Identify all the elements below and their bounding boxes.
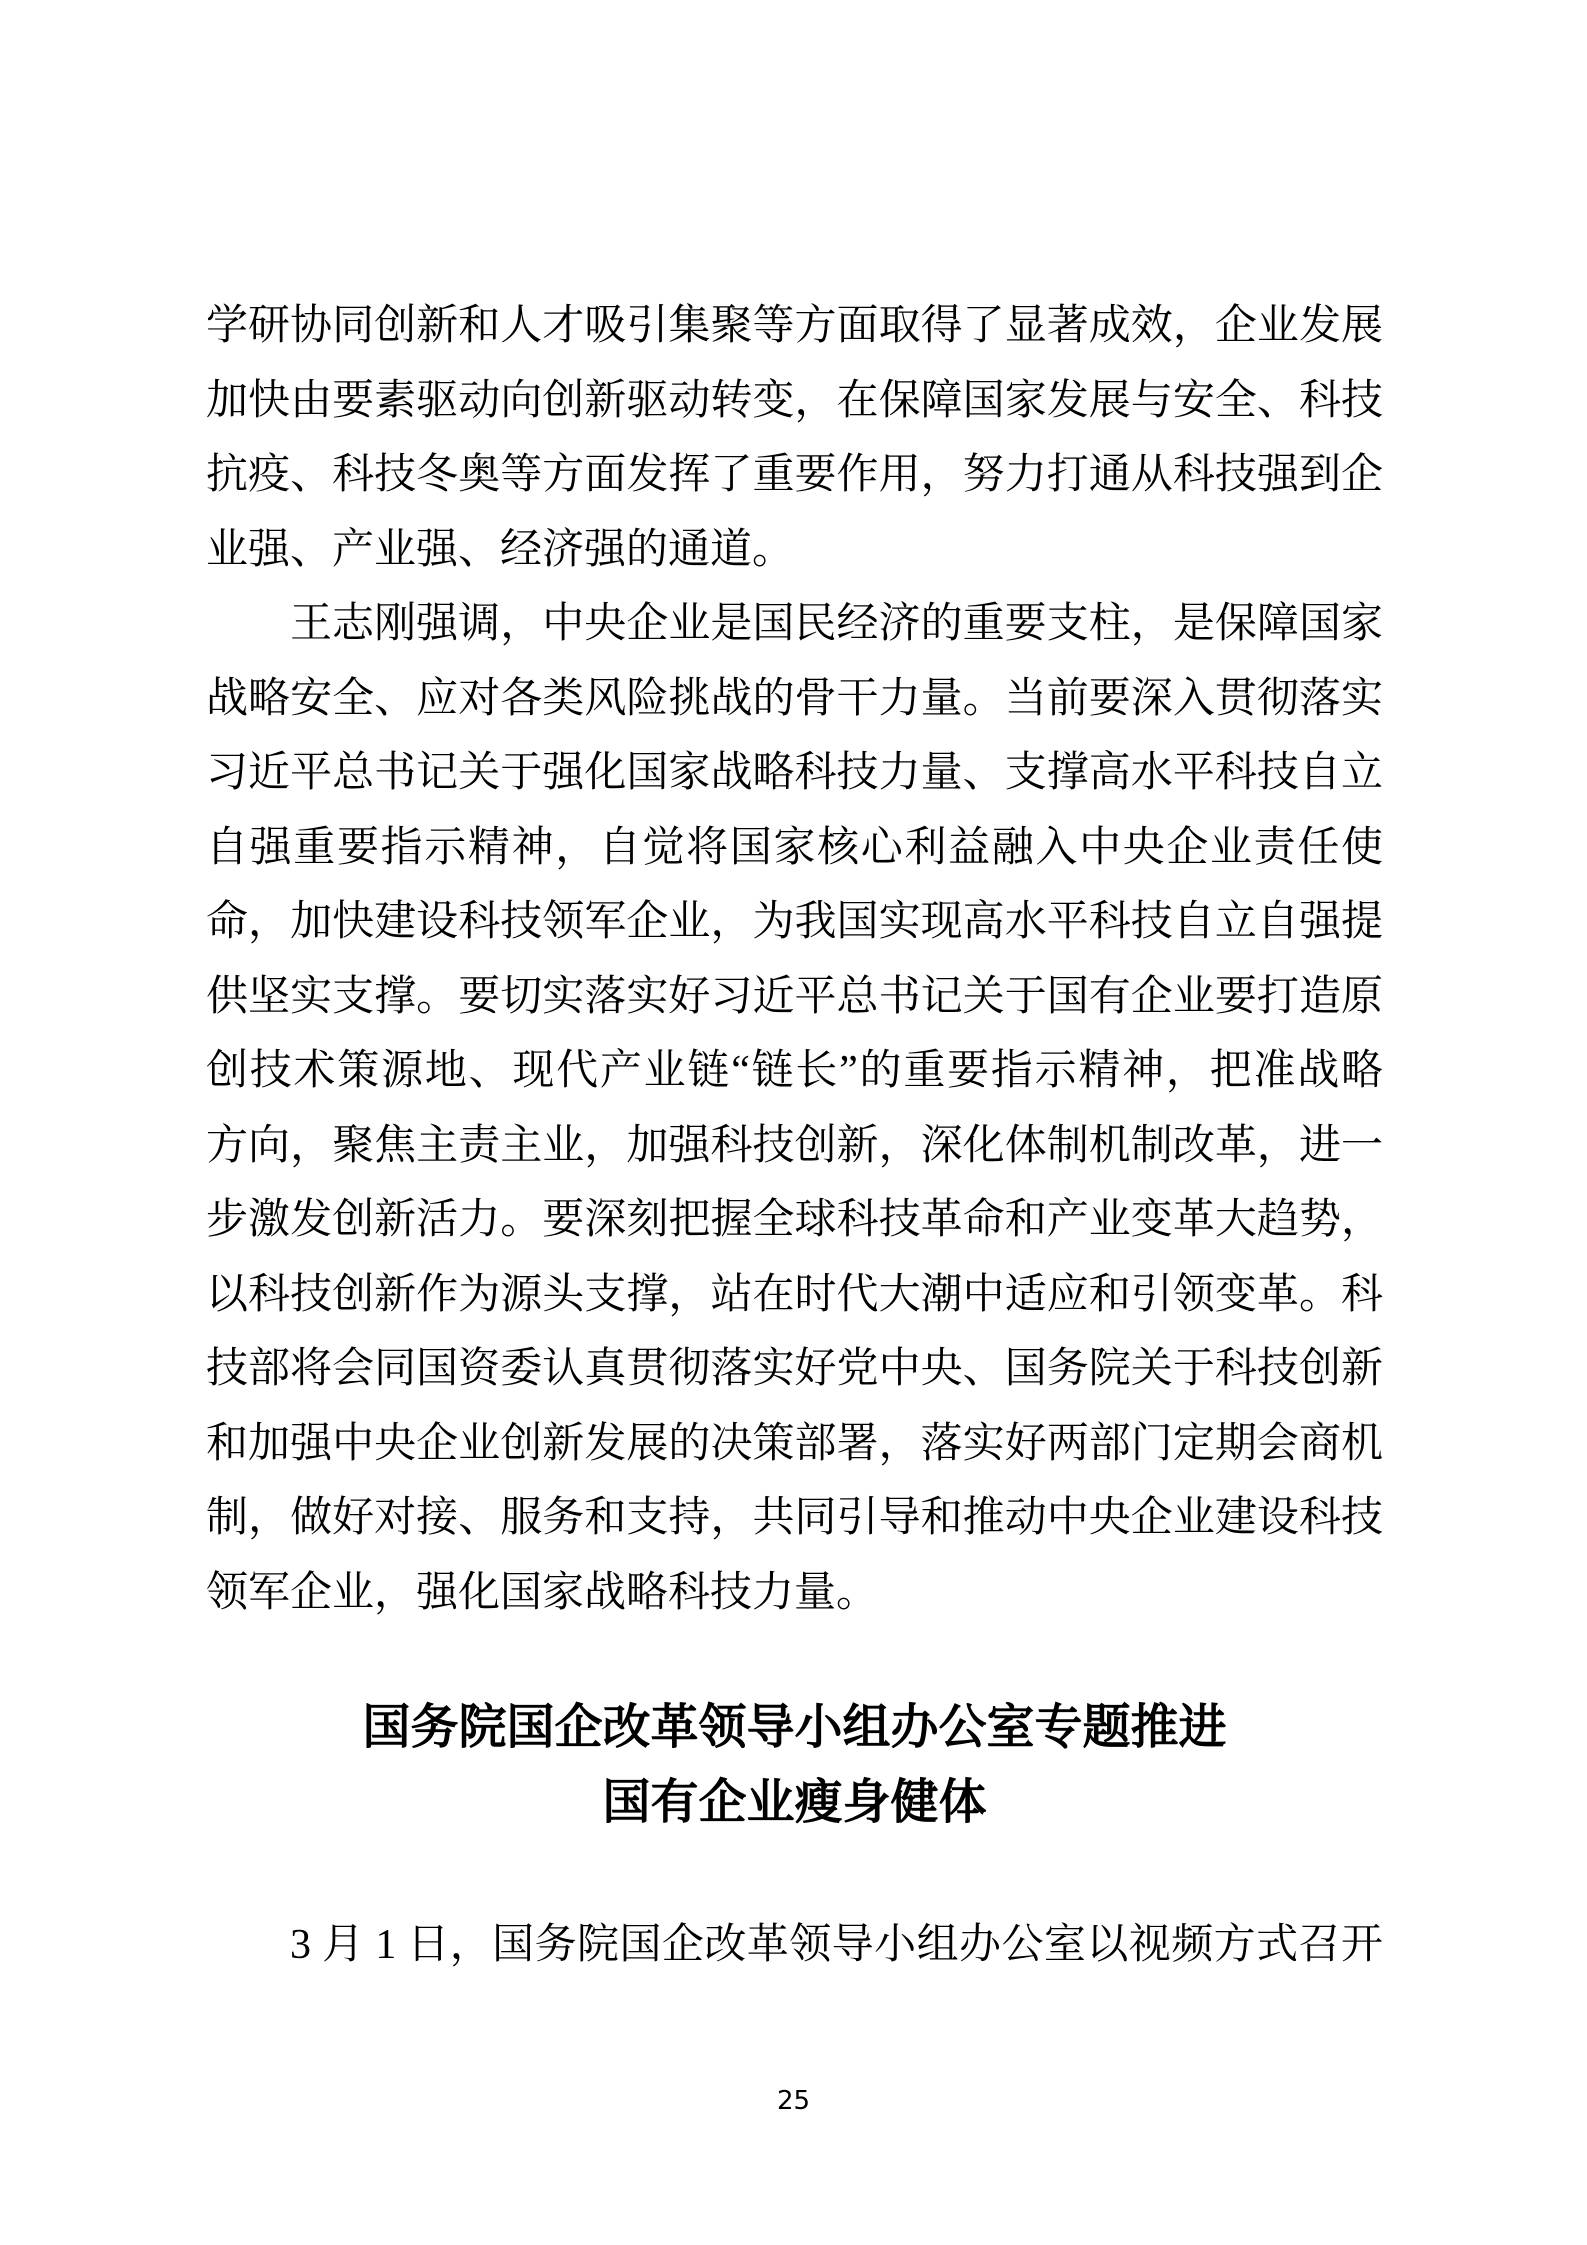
page-number: 25 (0, 2086, 1587, 2116)
body-text-line: 抗疫、科技冬奥等方面发挥了重要作用，努力打通从科技强到企 (206, 438, 1383, 513)
article-title-line: 国务院国企改革领导小组办公室专题推进 (206, 1690, 1383, 1765)
body-text-line: 方向，聚焦主责主业，加强科技创新，深化体制机制改革，进一 (206, 1109, 1383, 1184)
body-text-line: 命，加快建设科技领军企业，为我国实现高水平科技自立自强提 (206, 885, 1383, 960)
body-text-line: 技部将会同国资委认真贯彻落实好党中央、国务院关于科技创新 (206, 1332, 1383, 1407)
body-text-line: 战略安全、应对各类风险挑战的骨干力量。当前要深入贯彻落实 (206, 662, 1383, 737)
body-text-line: 3 月 1 日，国务院国企改革领导小组办公室以视频方式召开 (206, 1908, 1383, 1983)
document-page: 学研协同创新和人才吸引集聚等方面取得了显著成效，企业发展 加快由要素驱动向创新驱… (0, 0, 1587, 2245)
body-text-line: 步激发创新活力。要深刻把握全球科技革命和产业变革大趋势， (206, 1183, 1383, 1258)
body-text-line: 以科技创新作为源头支撑，站在时代大潮中适应和引领变革。科 (206, 1258, 1383, 1333)
body-text-line: 和加强中央企业创新发展的决策部署，落实好两部门定期会商机 (206, 1407, 1383, 1482)
body-text-line: 制，做好对接、服务和支持，共同引导和推动中央企业建设科技 (206, 1481, 1383, 1556)
page-body: 学研协同创新和人才吸引集聚等方面取得了显著成效，企业发展 加快由要素驱动向创新驱… (206, 289, 1383, 1983)
body-text-line: 加快由要素驱动向创新驱动转变，在保障国家发展与安全、科技 (206, 364, 1383, 439)
body-text-line: 王志刚强调，中央企业是国民经济的重要支柱，是保障国家 (206, 587, 1383, 662)
body-text-line: 创技术策源地、现代产业链“链长”的重要指示精神，把准战略 (206, 1034, 1383, 1109)
article-title-line: 国有企业瘦身健体 (206, 1765, 1383, 1840)
body-text-line: 业强、产业强、经济强的通道。 (206, 513, 1383, 588)
body-text-line: 供坚实支撑。要切实落实好习近平总书记关于国有企业要打造原 (206, 960, 1383, 1035)
article-title: 国务院国企改革领导小组办公室专题推进 国有企业瘦身健体 (206, 1690, 1383, 1840)
body-text-line: 学研协同创新和人才吸引集聚等方面取得了显著成效，企业发展 (206, 289, 1383, 364)
body-text-line: 自强重要指示精神，自觉将国家核心利益融入中央企业责任使 (206, 811, 1383, 886)
body-text-line: 领军企业，强化国家战略科技力量。 (206, 1556, 1383, 1631)
body-text-line: 习近平总书记关于强化国家战略科技力量、支撑高水平科技自立 (206, 736, 1383, 811)
